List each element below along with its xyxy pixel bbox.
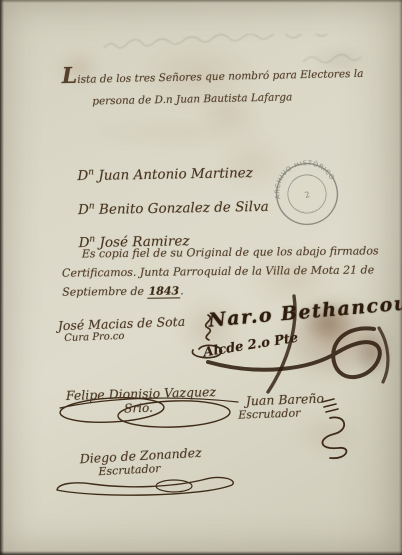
signature-secretario: Felipe Dionisio Vazquez Srio. xyxy=(66,384,217,417)
don-abbrev-sup: n xyxy=(88,167,94,177)
don-abbrev: D xyxy=(78,201,89,217)
elector-name-text: Juan Antonio Martinez xyxy=(98,165,253,184)
elector-name: Dn Benito Gonzalez de Silva xyxy=(78,188,269,225)
don-abbrev-sup: n xyxy=(89,234,95,244)
certification-period: . xyxy=(180,284,184,297)
elector-name-text: Benito Gonzalez de Silva xyxy=(99,198,269,217)
elector-name: Dn Juan Antonio Martinez xyxy=(77,154,268,191)
page-edge xyxy=(0,0,4,555)
heading-line-2: persona de D.n Juan Bautista Lafarga xyxy=(92,85,364,113)
certification-date-text: Septiembre de xyxy=(62,285,147,299)
certification-year: 1843 xyxy=(147,284,180,298)
svg-text:· · · · · · ·: · · · · · · · xyxy=(294,202,319,219)
certification-paragraph: Es copia fiel de su Original de que los … xyxy=(62,241,379,301)
stain xyxy=(84,118,284,148)
stamp-arc-bottom-text: · · · · · · · xyxy=(294,202,319,219)
document-heading: Lista de los tres Señores que nombró par… xyxy=(62,59,365,113)
signature-parish-priest: José Macias de Sota Cura Pro.co xyxy=(58,314,186,344)
signature-title: Srio. xyxy=(124,399,217,415)
signature-escrutador-1: Juan Bareño Escrutador xyxy=(246,391,325,422)
certification-line-2: Certificamos. Junta Parroquial de la Vil… xyxy=(62,260,379,282)
don-abbrev: D xyxy=(77,168,88,184)
don-abbrev-sup: n xyxy=(89,201,95,211)
manuscript-page: Lista de los tres Señores que nombró par… xyxy=(0,0,402,555)
stamp-center-number: 2 xyxy=(304,190,311,200)
signature-name: Juan Bareño xyxy=(246,391,325,409)
